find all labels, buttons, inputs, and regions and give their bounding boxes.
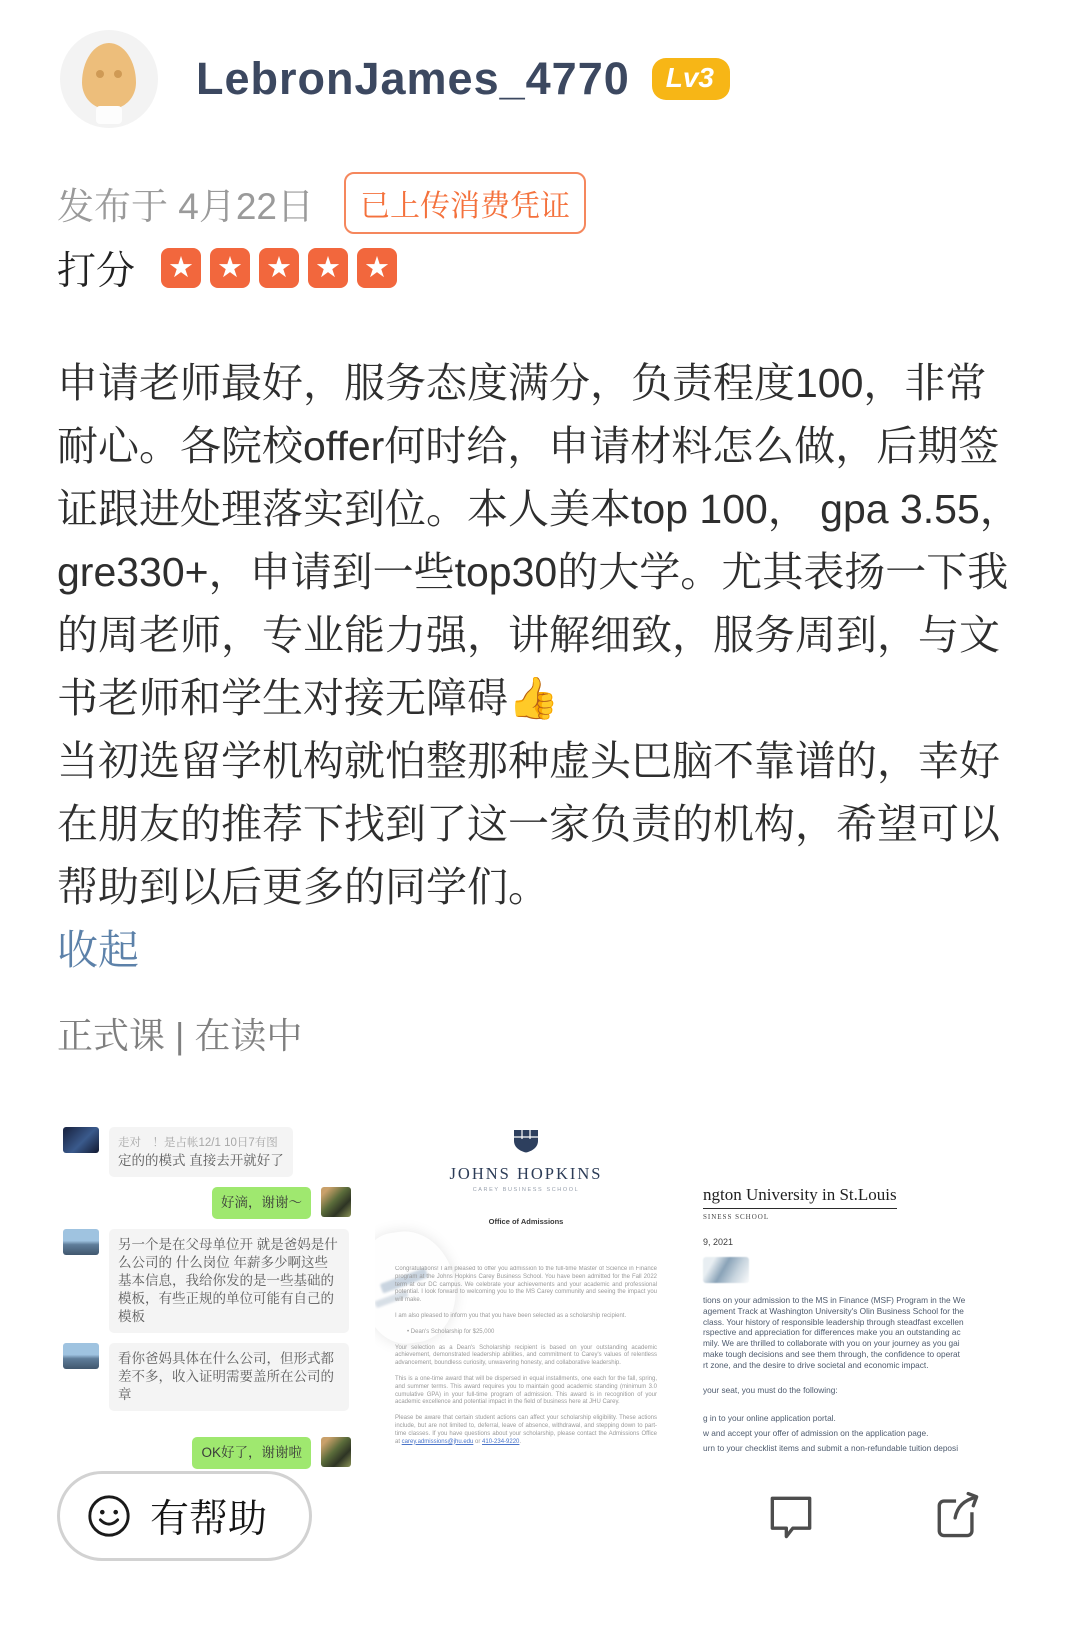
chat-avatar [63,1229,99,1255]
star-icon: ★ [259,248,299,288]
review-card: LebronJames_4770 Lv3 发布于 4月22日 已上传消费凭证 打… [0,0,1080,1628]
star-icon: ★ [210,248,250,288]
review-header: LebronJames_4770 Lv3 [60,30,730,128]
email-link: carey.admissions@jhu.edu [402,1439,474,1445]
letter-paragraph: This is a one-time award that will be di… [395,1376,657,1407]
chat-message: 另一个是在父母单位开 就是爸妈是什么公司的 什么岗位 年薪多少啊这些基本信息，我… [63,1229,351,1333]
jhu-letterhead-title: JOHNS HOPKINS [375,1164,677,1184]
washu-checklist: g in to your online application portal. … [703,1411,989,1456]
letter-paragraph: I am also pleased to inform you that you… [395,1313,657,1321]
helpful-button-label: 有帮助 [150,1488,267,1544]
action-bar: 有帮助 [57,1470,1023,1562]
chat-text: OK好了，谢谢啦 [192,1437,311,1469]
star-icon: ★ [357,248,397,288]
washu-letterhead-title: ngton University in St.Louis [703,1185,897,1209]
chat-avatar [63,1343,99,1369]
helpful-button[interactable]: 有帮助 [57,1471,312,1561]
collapse-link[interactable]: 收起 [57,919,139,982]
chat-message: 走对 ！是占帐12/1 10日7有图 定的的模式 直接去开就好了 [63,1127,351,1177]
thumbnail-chat-screenshot[interactable]: 走对 ！是占帐12/1 10日7有图 定的的模式 直接去开就好了 好滴，谢谢～ … [57,1113,359,1481]
attachment-thumbnails: 走对 ！是占帐12/1 10日7有图 定的的模式 直接去开就好了 好滴，谢谢～ … [57,1113,995,1481]
avatar-head-shape [82,43,136,109]
share-icon[interactable] [929,1488,985,1544]
chat-message: OK好了，谢谢啦 [63,1437,351,1469]
letter-bullet: • Dean's Scholarship for $25,000 [395,1329,657,1337]
chat-text: 定的的模式 直接去开就好了 [118,1153,284,1168]
rating-label: 打分 [57,240,135,296]
voucher-badge: 已上传消费凭证 [344,172,586,234]
washu-follow-line: your seat, you must do the following: [703,1385,989,1395]
star-icon: ★ [161,248,201,288]
rating-row: 打分 ★★★★★ [57,240,397,296]
chat-avatar [63,1127,99,1153]
star-icon: ★ [308,248,348,288]
jhu-letter-body: Congratulations! I am pleased to offer y… [375,1266,677,1446]
chat-avatar [321,1187,351,1217]
review-body: 申请老师最好，服务态度满分，负责程度100，非常耐心。各院校offer何时给，申… [57,352,1023,1067]
thumbnail-washu-offer-letter[interactable]: ngton University in St.Louis SINESS SCHO… [693,1113,995,1481]
letter-paragraph: Congratulations! I am pleased to offer y… [395,1266,657,1305]
jhu-office-line: Office of Admissions [375,1217,677,1226]
chat-text-partial: 走对 ！是占帐12/1 10日7有图 [118,1134,284,1152]
avatar-eye [96,70,104,78]
user-avatar[interactable] [60,30,158,128]
star-rating: ★★★★★ [161,248,397,288]
letter-date: 9, 2021 [703,1237,989,1247]
chat-message: 好滴，谢谢～ [63,1187,351,1219]
review-paragraph: 申请老师最好，服务态度满分，负责程度100，非常耐心。各院校offer何时给，申… [57,352,1023,730]
chat-text: 另一个是在父母单位开 就是爸妈是什么公司的 什么岗位 年薪多少啊这些基本信息，我… [109,1229,349,1333]
thumbnail-jhu-offer-letter[interactable]: JOHNS HOPKINS CAREY BUSINESS SCHOOL Offi… [375,1113,677,1481]
washu-letter-body: tions on your admission to the MS in Fin… [703,1295,989,1371]
avatar-torso-shape [96,106,122,124]
review-paragraph: 当初选留学机构就怕整那种虚头巴脑不靠谱的，幸好在朋友的推荐下找到了这一家负责的机… [57,730,1023,919]
letter-paragraph: Please be aware that certain student act… [395,1415,657,1446]
chat-text: 好滴，谢谢～ [212,1187,311,1219]
avatar-eye [114,70,122,78]
meta-row: 发布于 4月22日 已上传消费凭证 [57,172,586,234]
comment-icon[interactable] [763,1488,819,1544]
chat-text: 看你爸妈具体在什么公司，但形式都差不多，收入证明需要盖所在公司的章 [109,1343,349,1411]
letter-paragraph: Your selection as a Dean's Scholarship r… [395,1345,657,1368]
signature-image-blob [703,1257,749,1283]
washu-letterhead-subtitle: SINESS SCHOOL [703,1213,989,1221]
chat-avatar [321,1437,351,1467]
publish-date: 发布于 4月22日 [57,176,314,230]
course-status: 正式课 | 在读中 [57,1004,1023,1067]
phone-link: 410-234-9220 [482,1439,519,1445]
jhu-shield-icon [513,1129,539,1153]
jhu-letterhead-subtitle: CAREY BUSINESS SCHOOL [375,1187,677,1193]
chat-message: 看你爸妈具体在什么公司，但形式都差不多，收入证明需要盖所在公司的章 [63,1343,351,1411]
smiley-icon [86,1493,132,1539]
username: LebronJames_4770 [196,53,630,105]
level-badge: Lv3 [652,58,730,100]
